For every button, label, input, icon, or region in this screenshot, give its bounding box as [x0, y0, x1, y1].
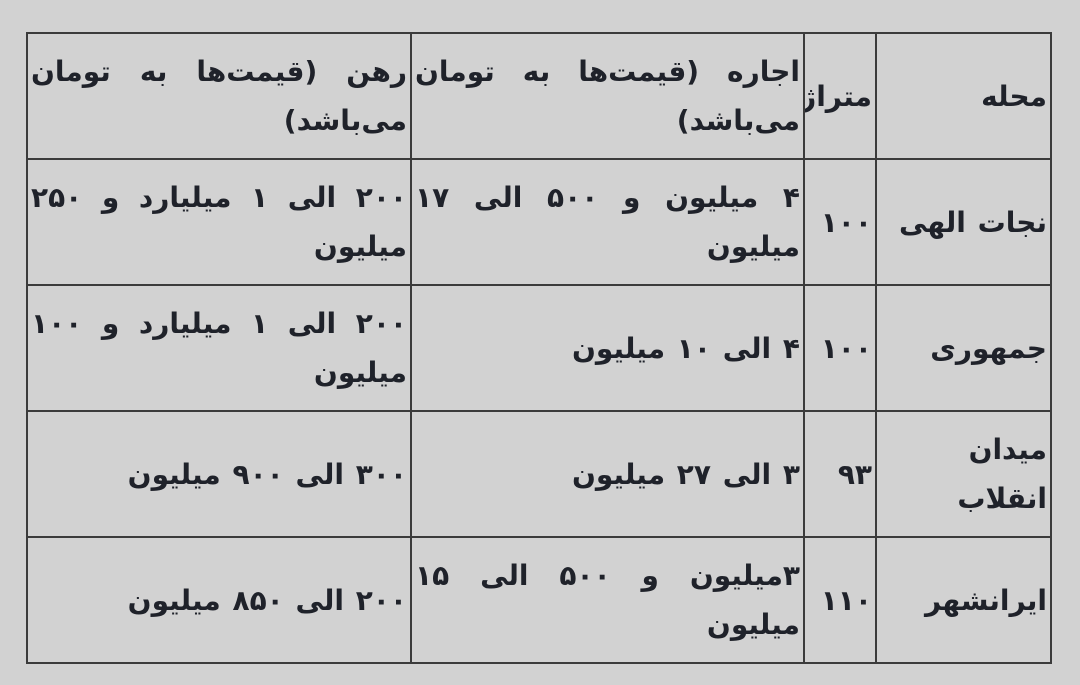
table-row: میدان انقلاب ۹۳ ۳ الی ۲۷ میلیون ۳۰۰ الی … [27, 411, 1051, 537]
table-row: ایرانشهر ۱۱۰ ۳میلیون و ۵۰۰ الی ۱۵ میلیون… [27, 537, 1051, 663]
header-area: متراژ [804, 33, 876, 159]
prices-table: محله متراژ اجاره (قیمت‌ها به تومان می‌با… [26, 32, 1052, 664]
cell-deposit: ۲۰۰ الی ۸۵۰ میلیون [27, 537, 411, 663]
cell-neighborhood: ایرانشهر [876, 537, 1051, 663]
cell-deposit: ۲۰۰ الی ۱ میلیارد و ۱۰۰ میلیون [27, 285, 411, 411]
cell-rent: ۳میلیون و ۵۰۰ الی ۱۵ میلیون [411, 537, 804, 663]
header-neighborhood: محله [876, 33, 1051, 159]
cell-area: ۹۳ [804, 411, 876, 537]
header-deposit: رهن (قیمت‌ها به تومان می‌باشد) [27, 33, 411, 159]
cell-neighborhood: نجات الهی [876, 159, 1051, 285]
cell-area: ۱۱۰ [804, 537, 876, 663]
cell-area: ۱۰۰ [804, 285, 876, 411]
table-row: جمهوری ۱۰۰ ۴ الی ۱۰ میلیون ۲۰۰ الی ۱ میل… [27, 285, 1051, 411]
header-rent: اجاره (قیمت‌ها به تومان می‌باشد) [411, 33, 804, 159]
cell-neighborhood: جمهوری [876, 285, 1051, 411]
page-background: محله متراژ اجاره (قیمت‌ها به تومان می‌با… [0, 0, 1080, 685]
header-row: محله متراژ اجاره (قیمت‌ها به تومان می‌با… [27, 33, 1051, 159]
cell-rent: ۴ میلیون و ۵۰۰ الی ۱۷ میلیون [411, 159, 804, 285]
cell-rent: ۴ الی ۱۰ میلیون [411, 285, 804, 411]
cell-neighborhood: میدان انقلاب [876, 411, 1051, 537]
cell-deposit: ۲۰۰ الی ۱ میلیارد و ۲۵۰ میلیون [27, 159, 411, 285]
cell-rent: ۳ الی ۲۷ میلیون [411, 411, 804, 537]
cell-area: ۱۰۰ [804, 159, 876, 285]
cell-deposit: ۳۰۰ الی ۹۰۰ میلیون [27, 411, 411, 537]
table-row: نجات الهی ۱۰۰ ۴ میلیون و ۵۰۰ الی ۱۷ میلی… [27, 159, 1051, 285]
